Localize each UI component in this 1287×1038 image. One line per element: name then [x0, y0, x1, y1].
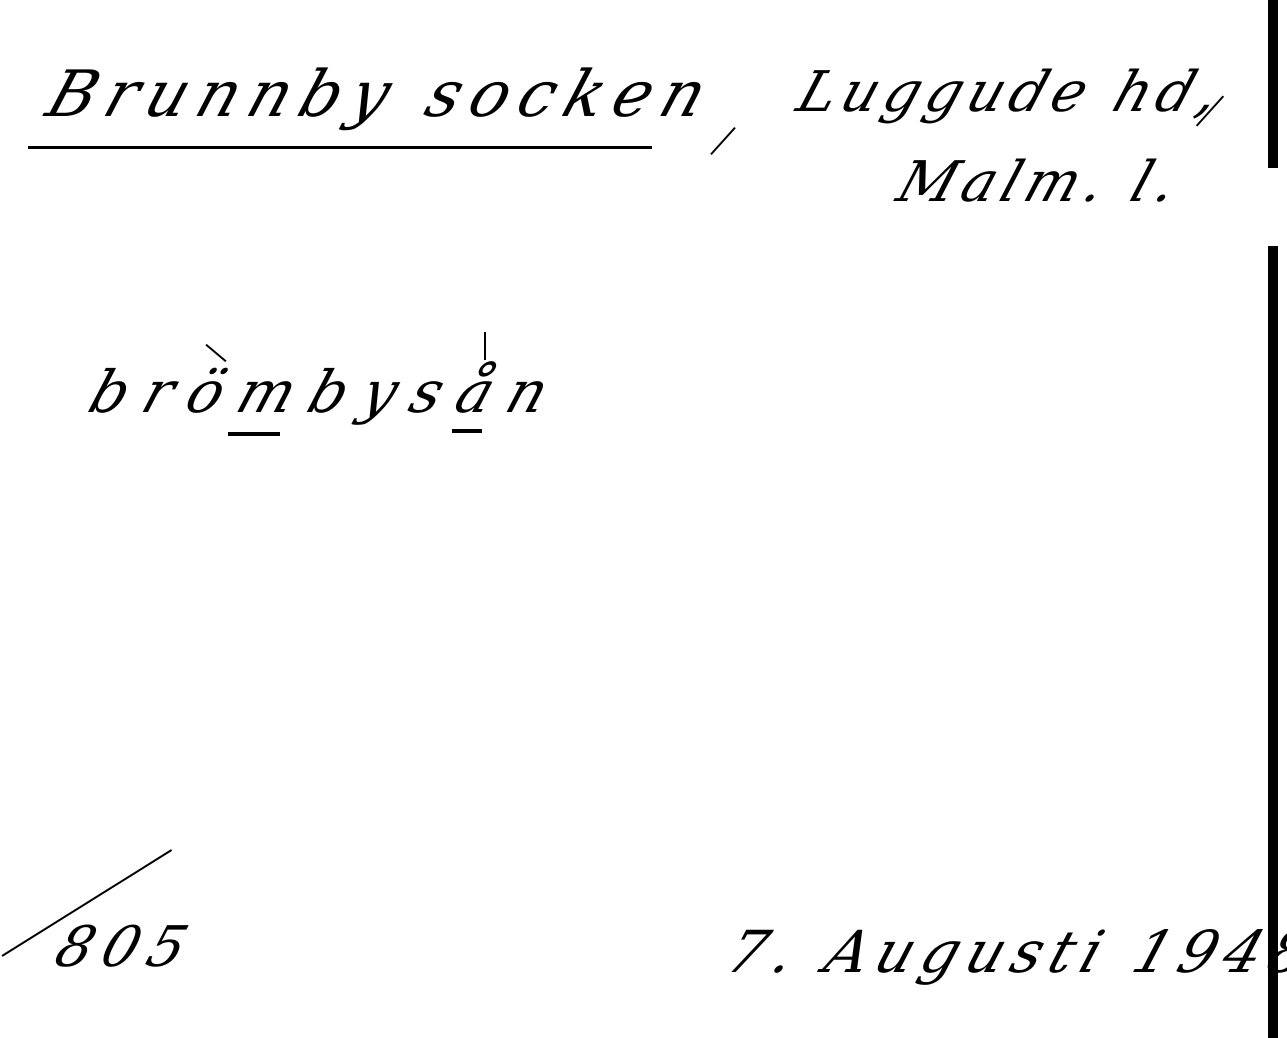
parish-name: Brunnby socken	[38, 58, 726, 132]
scan-edge-border	[1268, 0, 1278, 1038]
pronunciation-transcription: brömbysån	[81, 358, 573, 426]
district-name: Luggude hd,	[789, 60, 1234, 125]
catalog-number: 805	[47, 915, 205, 980]
title-underline	[28, 146, 652, 149]
scan-edge-gap	[1268, 168, 1278, 246]
stress-underline	[452, 429, 482, 433]
province-name: Malm. l.	[889, 150, 1191, 215]
record-date: 7. Augusti 1948.	[719, 918, 1287, 986]
pen-tick-mark	[710, 127, 736, 155]
acute-accent-mark	[484, 332, 486, 360]
stress-underline	[228, 432, 280, 436]
